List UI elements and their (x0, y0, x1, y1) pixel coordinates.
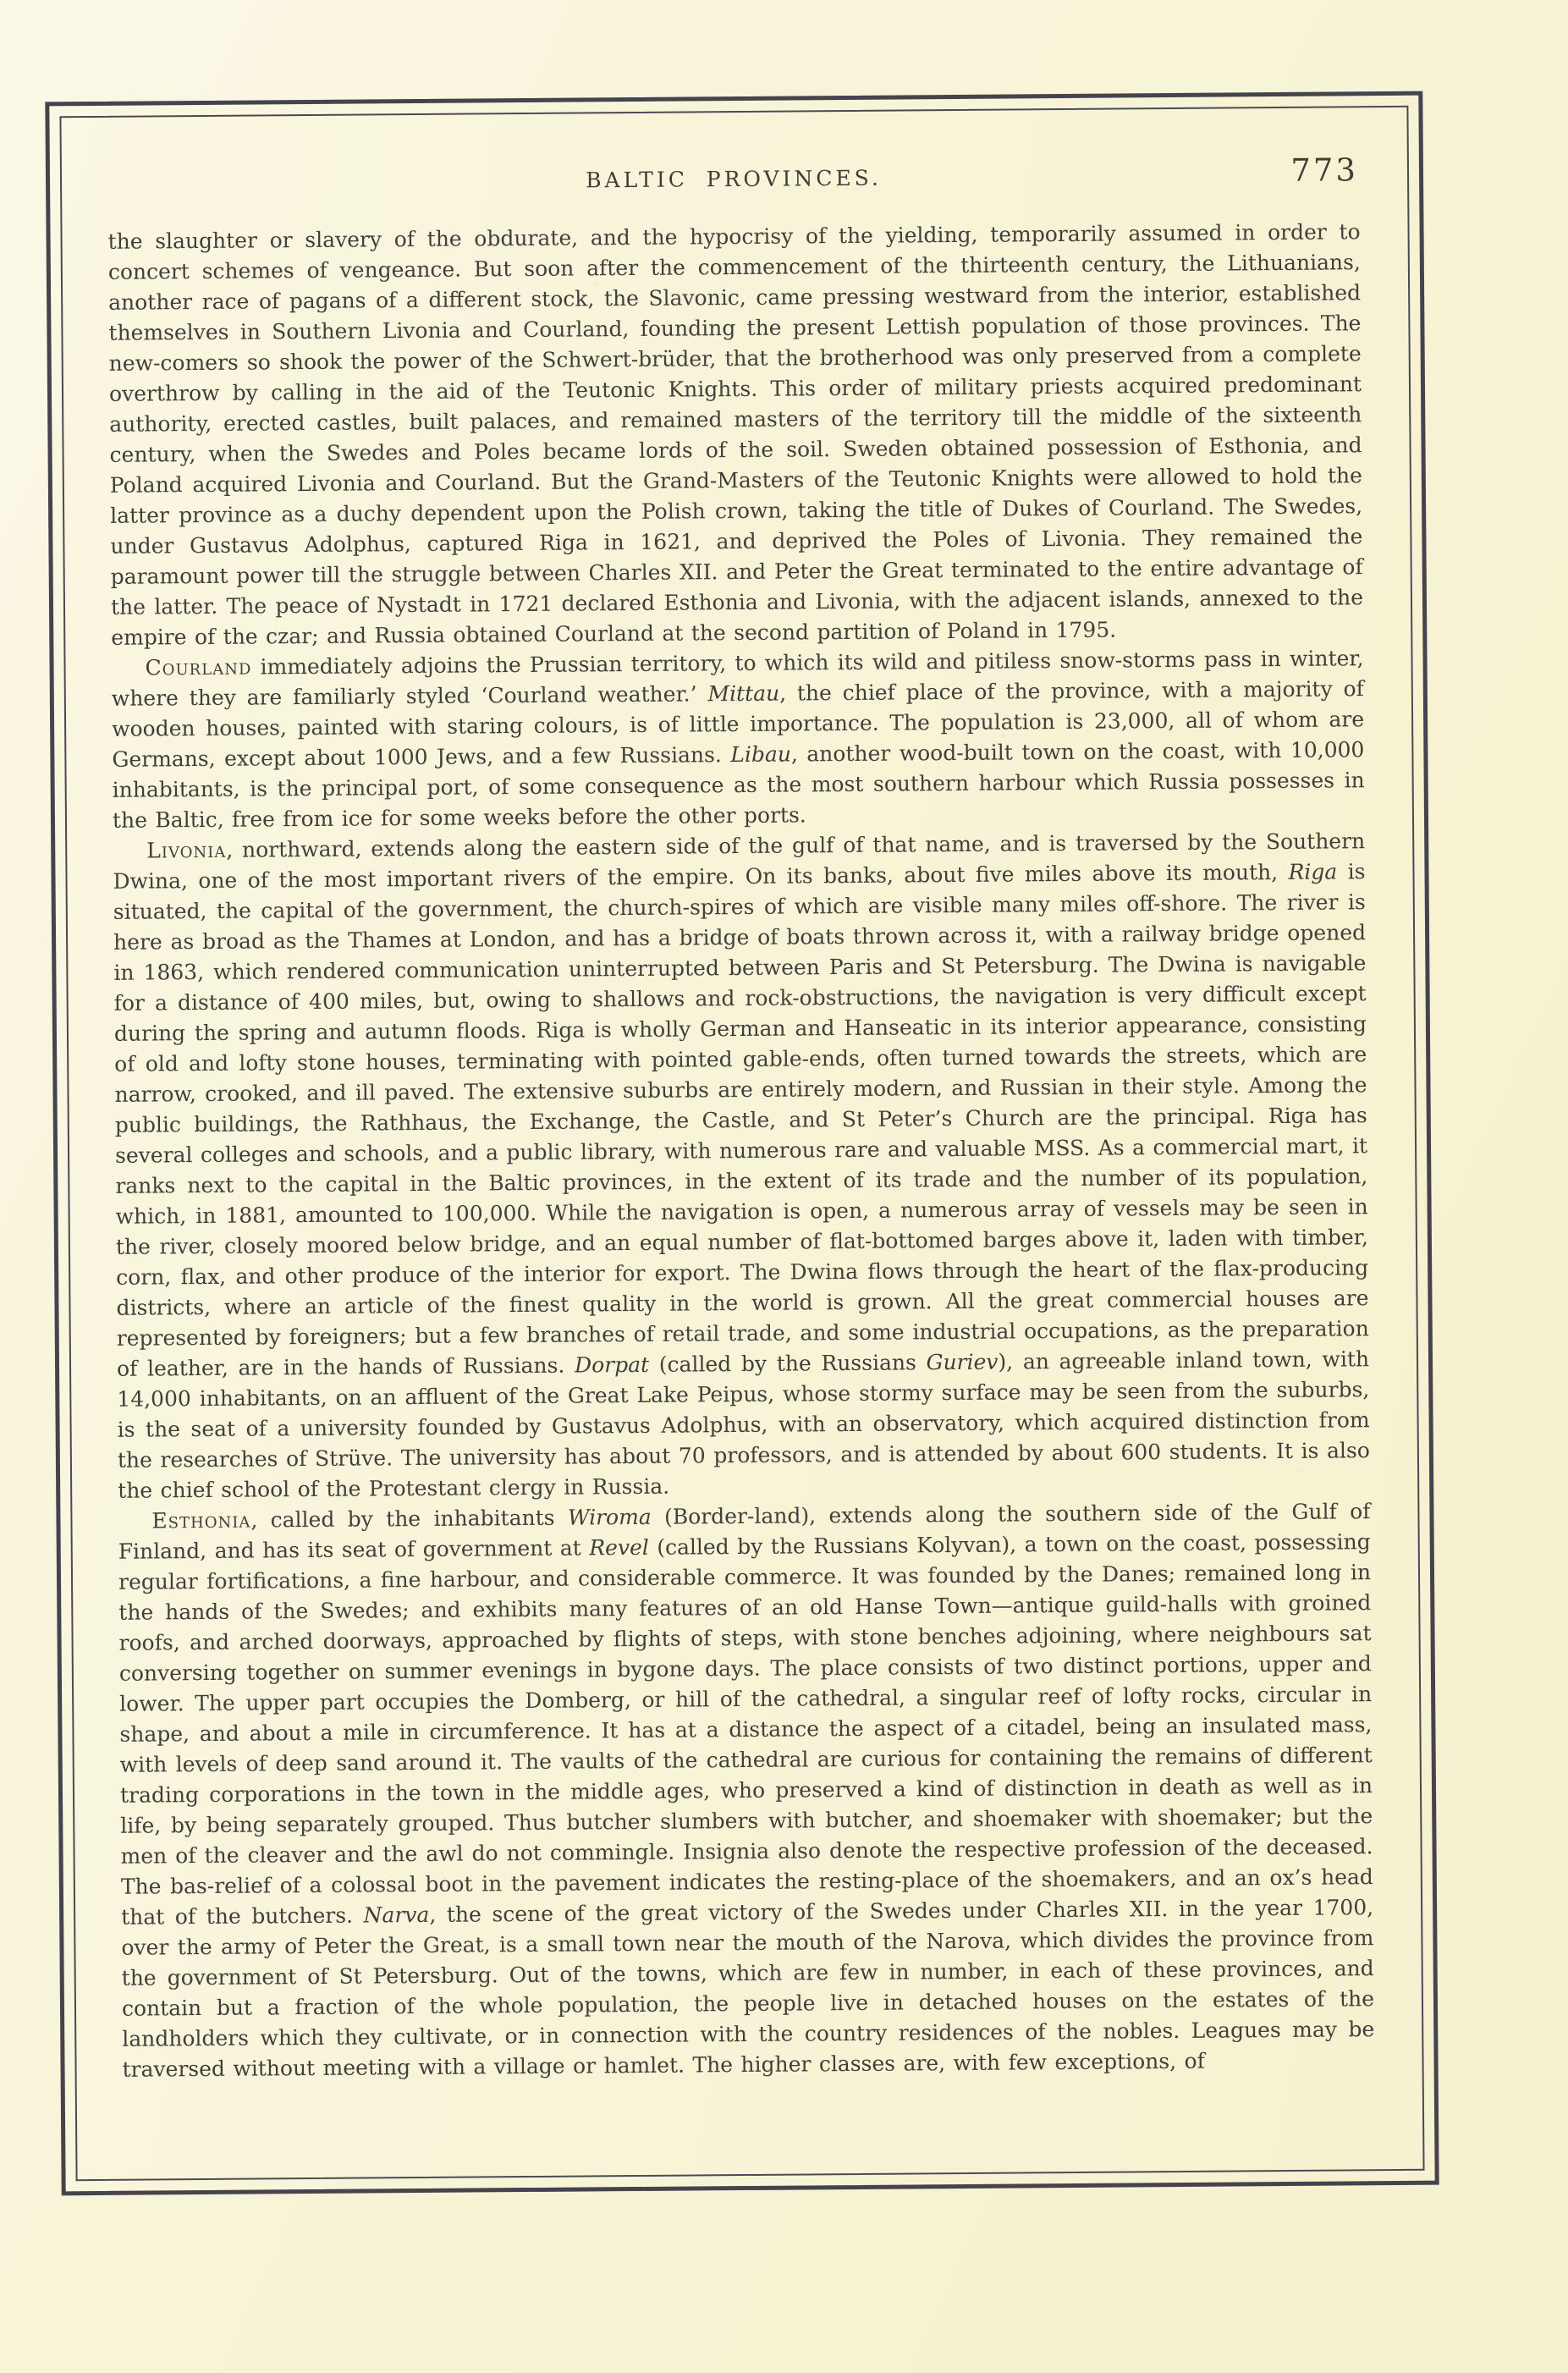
running-head: BALTIC PROVINCES. 773 (107, 155, 1360, 202)
italic-text: Guriev (926, 1350, 998, 1375)
smallcaps-lead: Esthonia (151, 1508, 250, 1533)
italic-text: Libau (730, 742, 791, 768)
body-text-run: is situated, the capital of the governme… (113, 859, 1369, 1381)
page-border-outer: BALTIC PROVINCES. 773 the slaughter or s… (45, 91, 1439, 2196)
smallcaps-lead: Courland (145, 655, 251, 680)
scanned-book-page: BALTIC PROVINCES. 773 the slaughter or s… (0, 0, 1568, 2373)
italic-text: Mittau (707, 681, 779, 707)
body-text-run: (called by the Russians (649, 1350, 927, 1377)
italic-text: Revel (589, 1535, 649, 1561)
page-border-inner: BALTIC PROVINCES. 773 the slaughter or s… (59, 106, 1424, 2181)
body-text-run: (called by the Russians Kolyvan), a town… (118, 1529, 1373, 1930)
italic-text: Riga (1288, 859, 1337, 884)
italic-text: Narva (364, 1902, 430, 1928)
page-body: the slaughter or slavery of the obdurate… (107, 217, 1374, 2085)
italic-text: Wiroma (568, 1505, 652, 1530)
smallcaps-lead: Livonia (146, 838, 226, 863)
paragraph: Courland immediately adjoins the Prussia… (111, 643, 1365, 836)
paragraph: Livonia, northward, extends along the ea… (113, 826, 1370, 1506)
body-text-run: , northward, extends along the eastern s… (113, 829, 1365, 894)
paragraph: the slaughter or slavery of the obdurate… (107, 217, 1363, 653)
italic-text: Dorpat (575, 1352, 649, 1378)
body-text-run: the slaughter or slavery of the obdurate… (107, 219, 1363, 650)
running-head-title: BALTIC PROVINCES. (107, 155, 1360, 196)
paragraph: Esthonia, called by the inhabitants Wiro… (118, 1496, 1374, 2085)
page-number: 773 (1290, 151, 1358, 189)
body-text-run: , called by the inhabitants (250, 1506, 568, 1533)
